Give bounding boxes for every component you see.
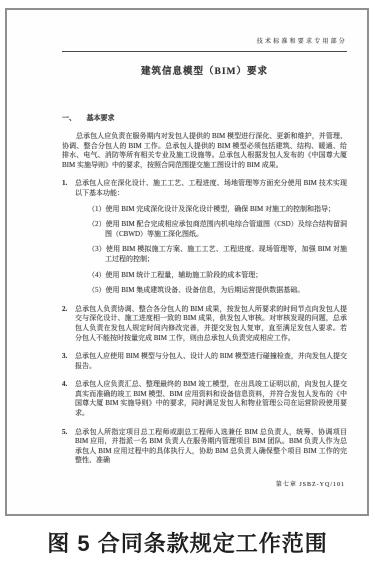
scanned-document-page: 技术标准和要求专用部分 建筑信息模型（BIM）要求 一、 基本要求 总承包人应负… <box>5 8 369 516</box>
item-number: 2. <box>62 305 75 343</box>
item-number: 5. <box>62 428 75 466</box>
section-heading: 一、 基本要求 <box>62 113 347 123</box>
sub-item: （2）使用 BIM 配合完成相应承包商范围内机电综合管道图（CSD）及综合结构留… <box>88 220 347 239</box>
page-header-note: 技术标准和要求专用部分 <box>257 39 347 45</box>
sub-item: （4）使用 BIM 统计工程量，辅助施工阶段的成本管理； <box>88 271 347 281</box>
list-item: 3. 总承包人应使用 BIM 模型与分包人、设计人的 BIM 模型进行碰撞检查，… <box>62 352 347 371</box>
item-text: 总承包人应使用 BIM 模型与分包人、设计人的 BIM 模型进行碰撞检查，并向发… <box>75 352 347 371</box>
list-item: 4. 总承包人应负责汇总、整理最终的 BIM 竣工模型，在出具竣工证明以前，向发… <box>62 380 347 418</box>
item-text: 总承包人所指定项目总工程师或副总工程师人选兼任 BIM 总负责人，统筹、协调项目… <box>75 428 347 466</box>
page-header-rule: 技术标准和要求专用部分 <box>62 30 347 52</box>
figure-caption: 图 5 合同条款规定工作范围 <box>0 527 375 561</box>
item-number: 4. <box>62 380 75 418</box>
list-item: 5. 总承包人所指定项目总工程师或副总工程师人选兼任 BIM 总负责人，统筹、协… <box>62 428 347 466</box>
list-item: 2. 总承包人负责协调、整合各分包人的 BIM 成果，按发包人所要求的时间节点向… <box>62 305 347 343</box>
item-text: 总承包人负责协调、整合各分包人的 BIM 成果，按发包人所要求的时间节点向发包人… <box>75 305 347 343</box>
item-text: 总承包人应负责汇总、整理最终的 BIM 竣工模型，在出具竣工证明以前，向发包人提… <box>75 380 347 418</box>
item-text: 总承包人应在深化设计、施工工艺、工程进度、场地管理等方面充分使用 BIM 技术实… <box>75 179 347 198</box>
item-number: 1. <box>62 179 75 198</box>
sub-item: （1）使用 BIM 完成深化设计及深化设计模型，确保 BIM 对施工的控制和指导… <box>88 205 347 215</box>
document-title: 建筑信息模型（BIM）要求 <box>62 63 347 77</box>
sub-item: （5）使用 BIM 集成建筑设备、设备信息，为后期运营提供数据基础。 <box>88 286 347 296</box>
sub-item: （3）使用 BIM 模拟施工方案、施工工艺、工程进度、现场管理等，加强 BIM … <box>88 245 347 264</box>
item-number: 3. <box>62 352 75 371</box>
page-footer-reference: 第七章 JSBZ-YQ/101 <box>276 479 345 488</box>
list-item: 1. 总承包人应在深化设计、施工工艺、工程进度、场地管理等方面充分使用 BIM … <box>62 179 347 198</box>
intro-paragraph: 总承包人应负责在服务期内对发包人提供的 BIM 模型进行深化、更新和维护，并管理… <box>62 132 347 170</box>
